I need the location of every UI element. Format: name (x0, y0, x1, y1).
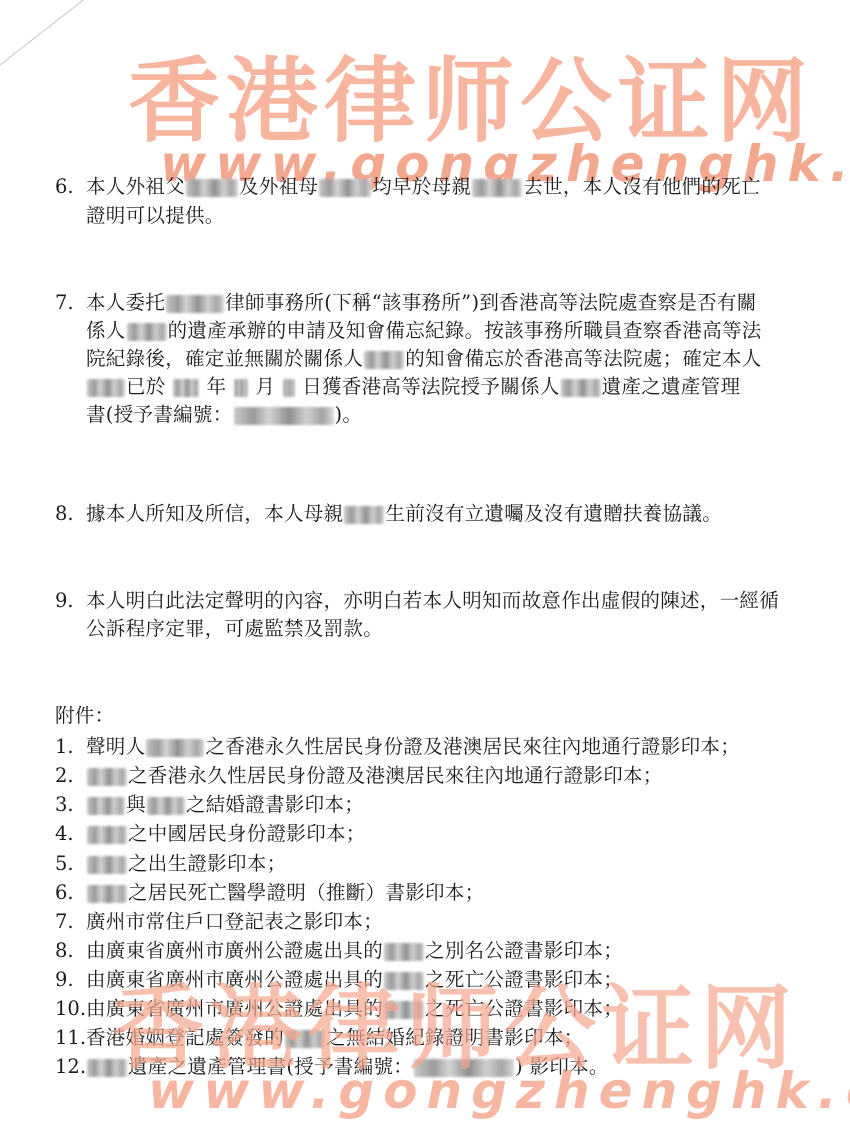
redacted-name (186, 179, 238, 197)
redacted-day (283, 379, 295, 397)
paragraph-line: 本人委托律師事務所(下稱“該事務所”)到香港高等法院處查察是否有關 (86, 290, 757, 316)
redacted-name (384, 943, 424, 961)
paragraph-number: 8. (55, 501, 74, 527)
document-page: 6. 本人外祖父及外祖母均早於母親去世，本人沒有他們的死亡 證明可以提供。 7.… (0, 0, 850, 1137)
redacted-year (173, 379, 199, 397)
redacted-name (87, 797, 125, 815)
redacted-law-firm (166, 295, 224, 313)
redacted-month (234, 379, 248, 397)
redacted-name (87, 885, 127, 903)
redacted-grant-number (414, 1059, 514, 1077)
paragraph-number: 9. (55, 588, 74, 614)
paragraph-number: 6. (55, 174, 74, 200)
attachments-heading: 附件： (55, 703, 114, 729)
redacted-name (87, 856, 127, 874)
redacted-name (561, 379, 601, 397)
redacted-name (384, 972, 424, 990)
paragraph-line: 本人明白此法定聲明的內容，亦明白若本人明知而故意作出虛假的陳述，一經循 (86, 588, 779, 614)
paragraph-number: 7. (55, 290, 74, 316)
redacted-name (384, 1001, 424, 1019)
paragraph-line: 據本人所知及所信，本人母親生前沒有立遺囑及沒有遺贈扶養協議。 (86, 501, 722, 527)
redacted-name (319, 179, 371, 197)
redacted-grant-number (234, 407, 334, 425)
paragraph-line: 本人外祖父及外祖母均早於母親去世，本人沒有他們的死亡 (86, 174, 761, 200)
redacted-name (147, 797, 185, 815)
paragraph-line: 院紀錄後，確定並無關於關係人的知會備忘於香港高等法院處；確定本人 (86, 346, 762, 372)
redacted-name (87, 768, 127, 786)
redacted-name (472, 179, 522, 197)
paragraph-line: 係人的遺產承辦的申請及知會備忘紀錄。按該事務所職員查察香港高等法 (86, 318, 762, 344)
redacted-name (285, 1030, 325, 1048)
redacted-name (87, 379, 125, 397)
paragraph-line: 書(授予書編號：)。 (86, 402, 362, 428)
redacted-name (87, 826, 127, 844)
paragraph-line: 證明可以提供。 (86, 203, 225, 229)
redacted-name (146, 739, 204, 757)
redacted-name (344, 506, 384, 524)
paragraph-line: 公訴程序定罪，可處監禁及罰款。 (86, 616, 383, 642)
redacted-name (87, 1059, 127, 1077)
paragraph-line: 已於 年 月 日獲香港高等法院授予關係人遺產之遺產管理 (86, 374, 740, 400)
redacted-name (364, 351, 404, 369)
redacted-name (127, 323, 167, 341)
